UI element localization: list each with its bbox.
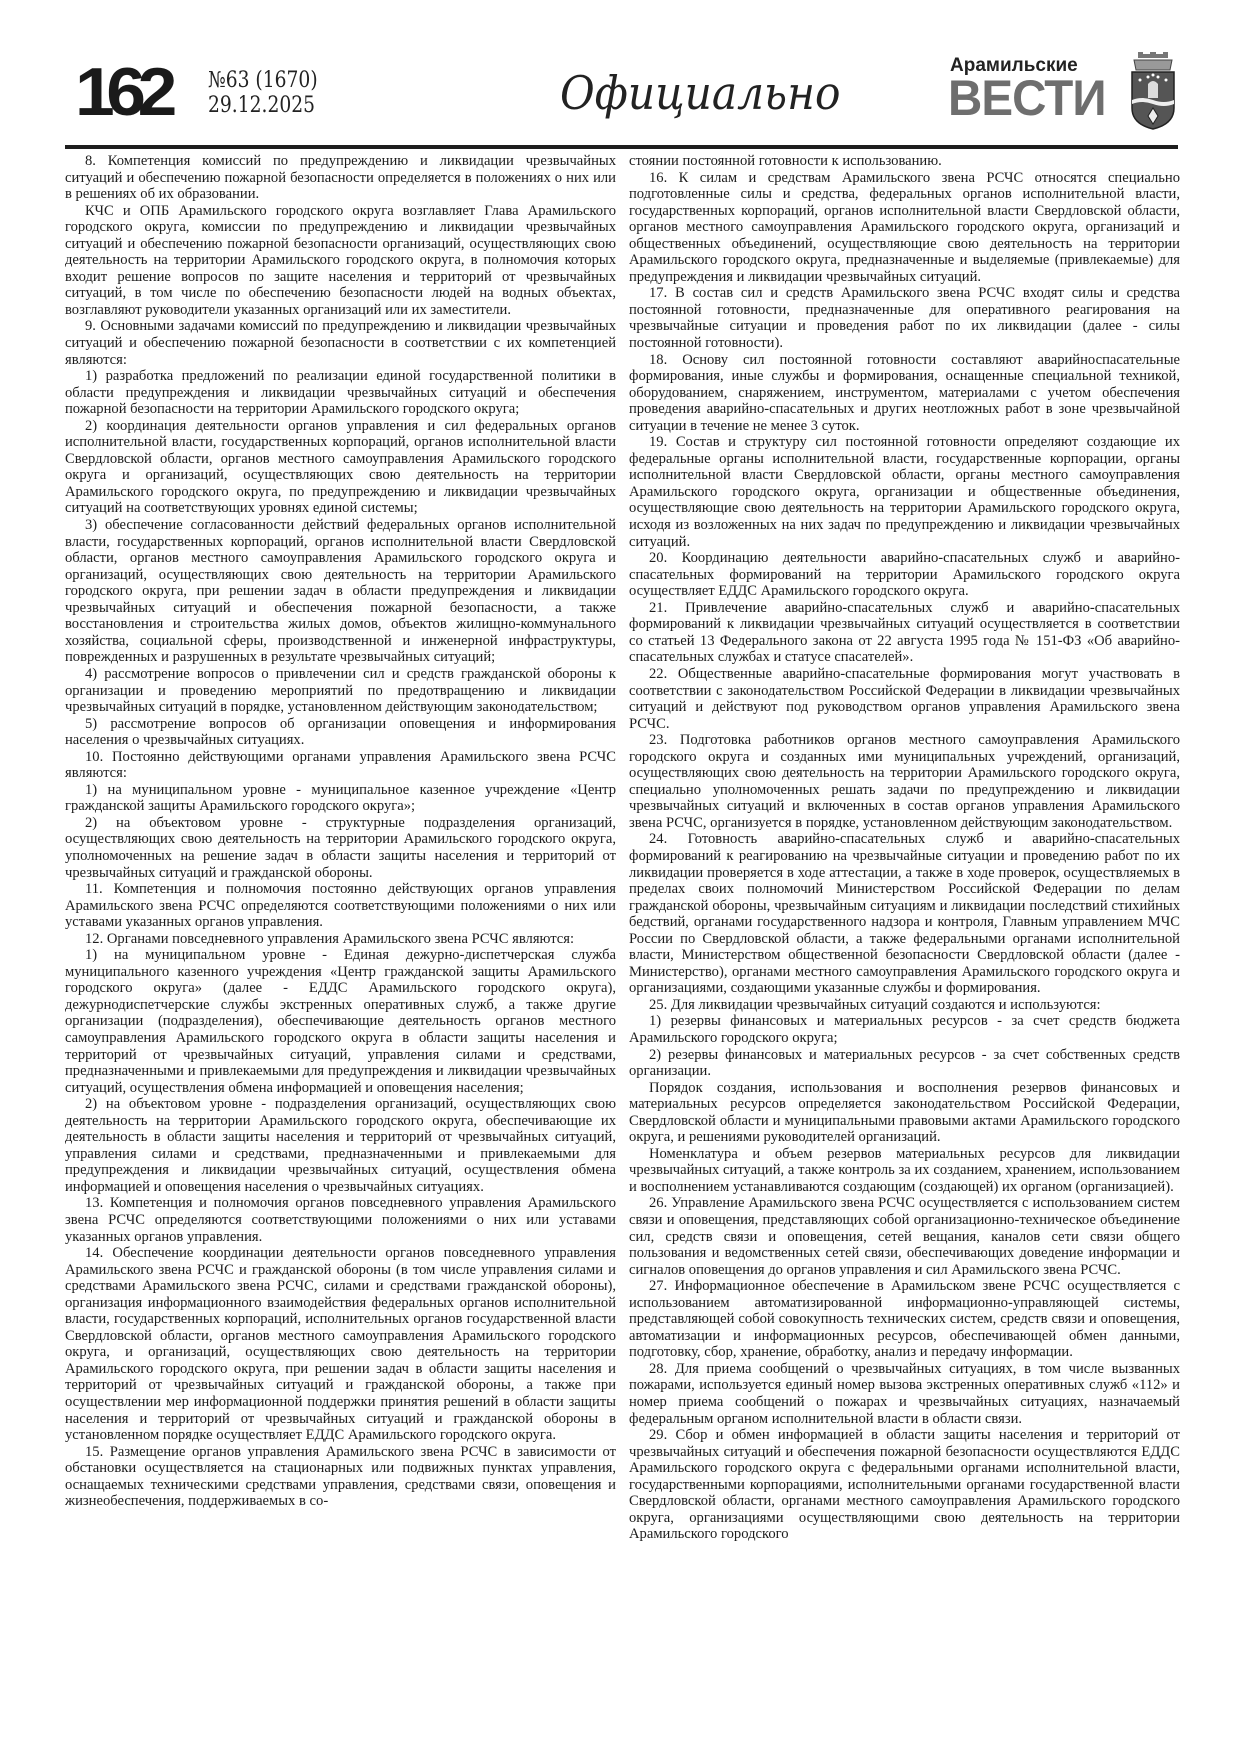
paragraph: 1) на муниципальном уровне - Единая дежу… bbox=[65, 947, 616, 1096]
paragraph: 26. Управление Арамильского звена РСЧС о… bbox=[629, 1195, 1180, 1278]
issue-info: №63 (1670) 29.12.2025 bbox=[208, 68, 318, 118]
paragraph: 3) обеспечение согласованности действий … bbox=[65, 517, 616, 666]
header-divider bbox=[65, 145, 1178, 149]
paragraph: 19. Состав и структуру сил постоянной го… bbox=[629, 434, 1180, 550]
paragraph: 17. В состав сил и средств Арамильского … bbox=[629, 285, 1180, 351]
paragraph: 2) на объектовом уровне - структурные по… bbox=[65, 815, 616, 881]
paragraph: 11. Компетенция и полномочия постоянно д… bbox=[65, 881, 616, 931]
coat-of-arms-icon bbox=[1128, 52, 1178, 130]
masthead-main: ВЕСТИ bbox=[948, 76, 1119, 120]
paragraph: КЧС и ОПБ Арамильского городского округа… bbox=[65, 203, 616, 319]
paragraph: 12. Органами повседневного управления Ар… bbox=[65, 931, 616, 948]
paragraph: 24. Готовность аварийно-спасательных слу… bbox=[629, 831, 1180, 996]
paragraph: 2) координация деятельности органов упра… bbox=[65, 418, 616, 517]
paragraph: 16. К силам и средствам Арамильского зве… bbox=[629, 170, 1180, 286]
paragraph: 15. Размещение органов управления Арамил… bbox=[65, 1444, 616, 1510]
paragraph: 22. Общественные аварийно-спасательные ф… bbox=[629, 666, 1180, 732]
paragraph: 1) резервы финансовых и материальных рес… bbox=[629, 1013, 1180, 1046]
page-number: 162 bbox=[75, 62, 169, 122]
newspaper-masthead: Арамильские ВЕСТИ bbox=[948, 56, 1128, 120]
paragraph: 8. Компетенция комиссий по предупреждени… bbox=[65, 153, 616, 203]
paragraph: Номенклатура и объем резервов материальн… bbox=[629, 1146, 1180, 1196]
left-column: 8. Компетенция комиссий по предупреждени… bbox=[65, 153, 616, 1510]
paragraph: 1) на муниципальном уровне - муниципальн… bbox=[65, 782, 616, 815]
paragraph: 2) резервы финансовых и материальных рес… bbox=[629, 1047, 1180, 1080]
paragraph: 10. Постоянно действующими органами упра… bbox=[65, 749, 616, 782]
paragraph: 23. Подготовка работников органов местно… bbox=[629, 732, 1180, 831]
right-column: стоянии постоянной готовности к использо… bbox=[629, 153, 1180, 1543]
paragraph: 5) рассмотрение вопросов об организации … bbox=[65, 716, 616, 749]
paragraph: 14. Обеспечение координации деятельности… bbox=[65, 1245, 616, 1444]
paragraph: Порядок создания, использования и воспол… bbox=[629, 1080, 1180, 1146]
paragraph: 13. Компетенция и полномочия органов пов… bbox=[65, 1195, 616, 1245]
paragraph: 2) на объектовом уровне - подразделения … bbox=[65, 1096, 616, 1195]
paragraph: 29. Сбор и обмен информацией в области з… bbox=[629, 1427, 1180, 1543]
issue-number: №63 (1670) bbox=[208, 68, 318, 93]
paragraph: 20. Координацию деятельности аварийно-сп… bbox=[629, 550, 1180, 600]
paragraph: 27. Информационное обеспечение в Арамиль… bbox=[629, 1278, 1180, 1361]
paragraph: 21. Привлечение аварийно-спасательных сл… bbox=[629, 600, 1180, 666]
page-header: 162 №63 (1670) 29.12.2025 Официально Ара… bbox=[65, 40, 1178, 145]
paragraph: 4) рассмотрение вопросов о привлечении с… bbox=[65, 666, 616, 716]
paragraph: 1) разработка предложений по реализации … bbox=[65, 368, 616, 418]
issue-date: 29.12.2025 bbox=[208, 93, 318, 118]
paragraph-continuation: стоянии постоянной готовности к использо… bbox=[629, 153, 1180, 170]
paragraph: 18. Основу сил постоянной готовности сос… bbox=[629, 352, 1180, 435]
section-title: Официально bbox=[560, 68, 840, 118]
paragraph: 28. Для приема сообщений о чрезвычайных … bbox=[629, 1361, 1180, 1427]
paragraph: 9. Основными задачами комиссий по предуп… bbox=[65, 318, 616, 368]
paragraph: 25. Для ликвидации чрезвычайных ситуаций… bbox=[629, 997, 1180, 1014]
